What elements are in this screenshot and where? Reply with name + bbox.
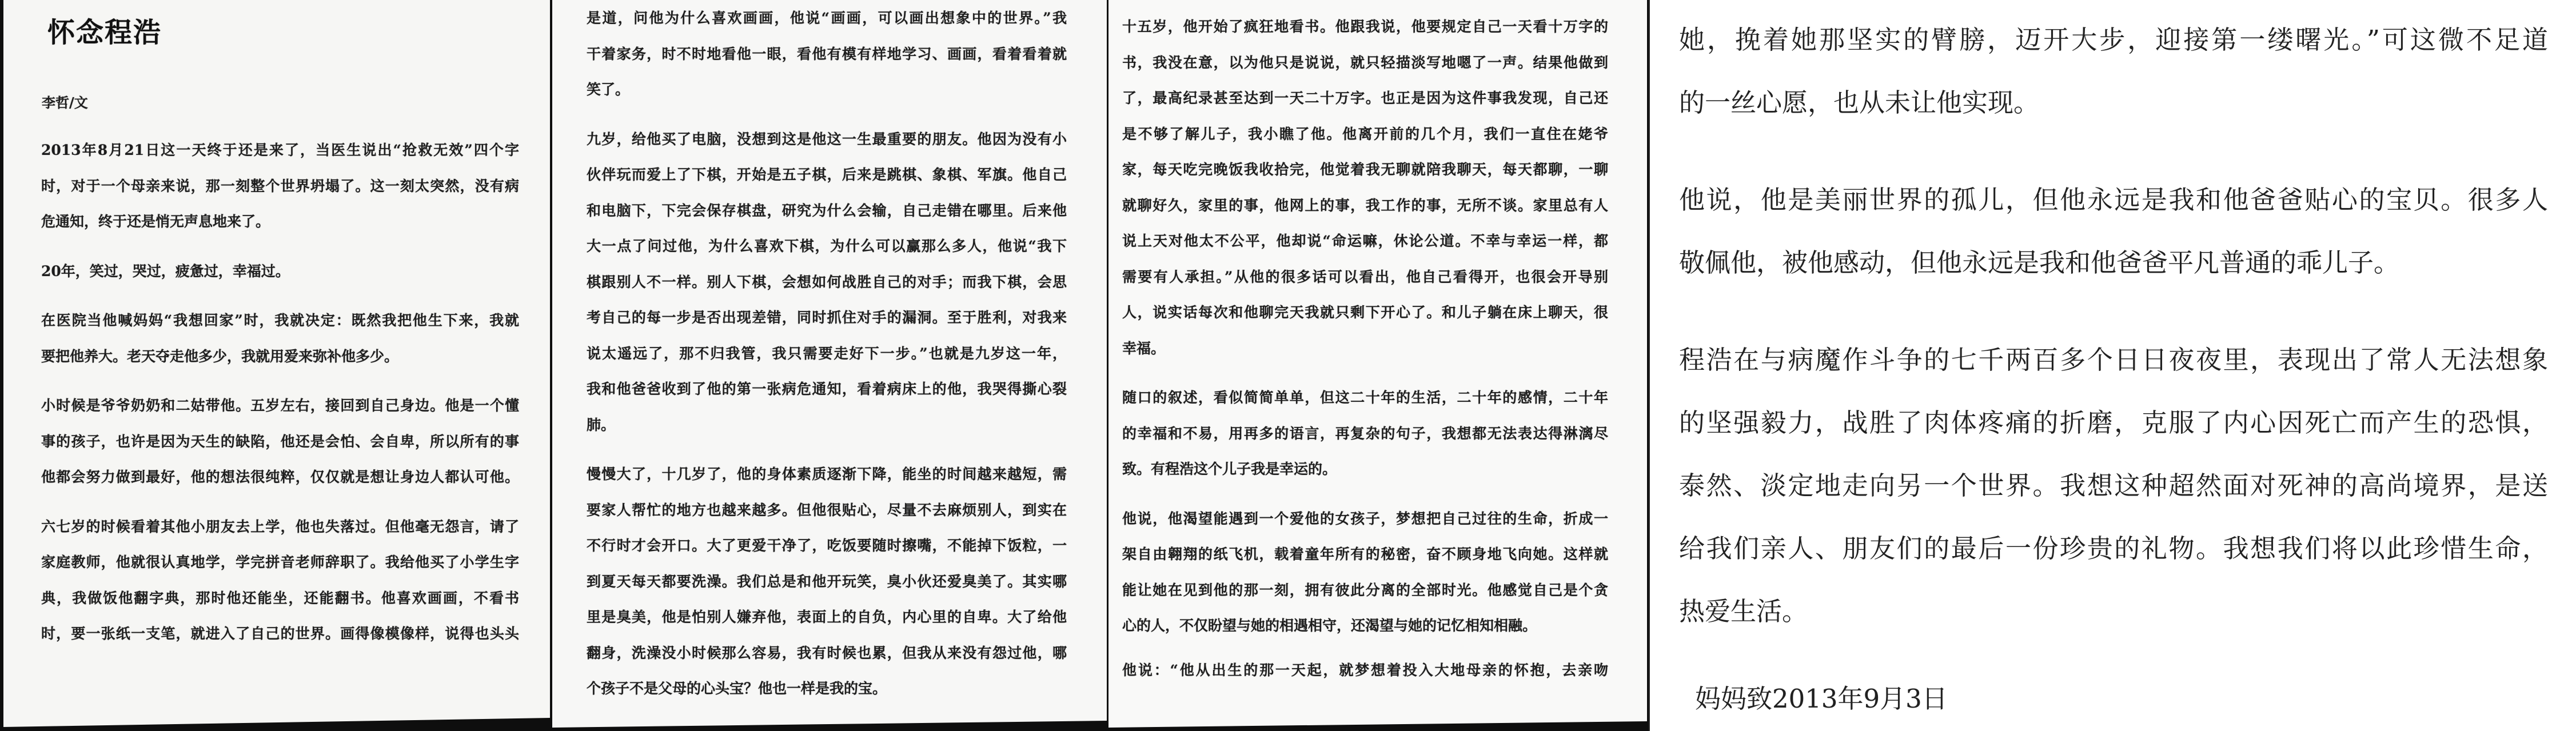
paragraph: 他说：“他从出生的那一天起，就梦想着投入大地母亲的怀抱，去亲吻 bbox=[1122, 653, 1608, 689]
paragraph: 六七岁的时候看着其他小朋友去上学，他也失落过。但他毫无怨言，请了 家庭教师，他就… bbox=[41, 509, 519, 652]
paragraph: 他说，他是美丽世界的孤儿，但他永远是我和他爸爸贴心的宝贝。很多人 敬佩他，被他感… bbox=[1679, 169, 2548, 294]
text-line: 是不够了解儿子，我小瞧了他。他离开前的几个月，我们一直住在姥爷 bbox=[1122, 117, 1608, 153]
text-line: 幸福。 bbox=[1122, 331, 1608, 367]
paragraph: 2013年8月21日这一天终于还是来了，当医生说出“抢救无效”四个字 时，对于一… bbox=[41, 133, 519, 240]
text-line: 是道，问他为什么喜欢画画，他说“画画，可以画出想象中的世界。”我 bbox=[587, 1, 1067, 37]
text-line: 伙伴玩而爱上了下棋，开始是五子棋，后来是跳棋、象棋、军旗。他自己 bbox=[587, 157, 1067, 193]
text-line: 泰然、淡定地走向另一个世界。我想这种超然面对死神的高尚境界，是送 bbox=[1679, 454, 2548, 517]
text-line: 就聊好久，家里的事，他网上的事，我工作的事，无所不谈。家里总有人 bbox=[1122, 188, 1608, 224]
text-line: 九岁，给他买了电脑，没想到这是他这一生最重要的朋友。他因为没有小 bbox=[587, 122, 1067, 158]
page-2: 是道，问他为什么喜欢画画，他说“画画，可以画出想象中的世界。”我 干着家务，时不… bbox=[552, 0, 1107, 728]
text-line: 说上天对他太不公平，他却说“命运嘛，休论公道。不幸与幸运一样，都 bbox=[1122, 223, 1608, 259]
text-line: 时，要一张纸一支笔，就进入了自己的世界。画得像模像样，说得也头头 bbox=[41, 616, 519, 652]
byline: 李哲/文 bbox=[42, 94, 88, 111]
text-line: 慢慢大了，十几岁了，他的身体素质逐渐下降，能坐的时间越来越短，需 bbox=[587, 457, 1067, 493]
paragraph: 是道，问他为什么喜欢画画，他说“画画，可以画出想象中的世界。”我 干着家务，时不… bbox=[587, 1, 1067, 108]
text-line: 时，对于一个母亲来说，那一刻整个世界坍塌了。这一刻太突然，没有病 bbox=[41, 169, 519, 205]
text-line: 需要有人承担。”从他的很多话可以看出，他自己看得开，也很会开导别 bbox=[1122, 259, 1608, 295]
text-line: 肺。 bbox=[587, 408, 1067, 444]
text-line: 典，我做饭他翻字典，那时他还能坐，还能翻书。他喜欢画画，不看书 bbox=[41, 581, 519, 617]
text-line: 个孩子不是父母的心头宝？他也一样是我的宝。 bbox=[587, 671, 1067, 707]
text-line: 我和他爸爸收到了他的第一张病危通知，看着病床上的他，我哭得撕心裂 bbox=[587, 372, 1067, 408]
text-line: 考自己的每一步是否出现差错，同时抓住对手的漏洞。至于胜利，对我来 bbox=[587, 300, 1067, 336]
text-line: 里是臭美，他是怕别人嫌弃他，表面上的自负，内心里的自卑。大了给他 bbox=[587, 600, 1067, 636]
page-4: 她，挽着她那坚实的臂膀，迈开大步，迎接第一缕曙光。”可这微不足道 的一丝心愿，也… bbox=[1649, 0, 2576, 731]
paragraph: 他说，他渴望能遇到一个爱他的女孩子，梦想把自己过往的生命，折成一 架自由翱翔的纸… bbox=[1122, 501, 1608, 644]
text-line: 笑了。 bbox=[587, 72, 1067, 108]
text-line: 家，每天吃完晚饭我收拾完，他觉着我无聊就陪我聊天，每天都聊，一聊 bbox=[1122, 152, 1608, 188]
page-1: 怀念程浩 李哲/文 2013年8月21日这一天终于还是来了，当医生说出“抢救无效… bbox=[3, 0, 550, 728]
paragraph: 在医院当他喊妈妈“我想回家”时，我就决定：既然我把他生下来，我就 要把他养大。老… bbox=[41, 303, 519, 374]
text-line: 六七岁的时候看着其他小朋友去上学，他也失落过。但他毫无怨言，请了 bbox=[41, 509, 519, 545]
text-line: 到夏天每天都要洗澡。我们总是和他开玩笑，臭小伙还爱臭美了。其实哪 bbox=[587, 564, 1067, 600]
text-line: 干着家务，时不时地看他一眼，看他有模有样地学习、画画，看着看着就 bbox=[587, 37, 1067, 73]
paragraph: 十五岁，他开始了疯狂地看书。他跟我说，他要规定自己一天看十万字的 书，我没在意，… bbox=[1122, 9, 1608, 366]
text-line: 他说：“他从出生的那一天起，就梦想着投入大地母亲的怀抱，去亲吻 bbox=[1122, 653, 1608, 689]
text-line: 致。有程浩这个儿子我是幸运的。 bbox=[1122, 452, 1608, 488]
text-line: 说太遥远了，那不归我管，我只需要走好下一步。”也就是九岁这一年， bbox=[587, 336, 1067, 372]
text-line: 给我们亲人、朋友们的最后一份珍贵的礼物。我想我们将以此珍惜生命， bbox=[1679, 517, 2548, 580]
text-line: 书，我没在意，以为他只是说说，就只轻描淡写地嗯了一声。结果他做到 bbox=[1122, 45, 1608, 81]
paragraph: 九岁，给他买了电脑，没想到这是他这一生最重要的朋友。他因为没有小 伙伴玩而爱上了… bbox=[587, 122, 1067, 444]
text-line: 了，最高纪录甚至达到一天二十万字。也正是因为这件事我发现，自己还 bbox=[1122, 81, 1608, 117]
text-line: 2013年8月21日这一天终于还是来了，当医生说出“抢救无效”四个字 bbox=[41, 133, 519, 169]
text-line: 小时候是爷爷奶奶和二姑带他。五岁左右，接回到自己身边。他是一个懂 bbox=[41, 388, 519, 424]
text-line: 随口的叙述，看似简简单单，但这二十年的生活，二十年的感情，二十年 bbox=[1122, 380, 1608, 416]
text-line: 危通知，终于还是悄无声息地来了。 bbox=[41, 204, 519, 240]
paragraph: 小时候是爷爷奶奶和二姑带他。五岁左右，接回到自己身边。他是一个懂 事的孩子，也许… bbox=[41, 388, 519, 496]
text-line: 不行时才会开口。大了更爱干净了，吃饭要随时擦嘴，不能掉下饭粒，一 bbox=[587, 528, 1067, 564]
paragraph: 慢慢大了，十几岁了，他的身体素质逐渐下降，能坐的时间越来越短，需 要家人帮忙的地… bbox=[587, 457, 1067, 707]
page-4-body: 她，挽着她那坚实的臂膀，迈开大步，迎接第一缕曙光。”可这微不足道 的一丝心愿，也… bbox=[1679, 9, 2548, 730]
text-line: 热爱生活。 bbox=[1679, 580, 2548, 643]
paragraph: 程浩在与病魔作斗争的七千两百多个日日夜夜里，表现出了常人无法想象 的坚强毅力，战… bbox=[1679, 329, 2548, 643]
text-line: 的幸福和不易，用再多的语言，再复杂的句子，我想都无法表达得淋漓尽 bbox=[1122, 416, 1608, 452]
paragraph: 随口的叙述，看似简简单单，但这二十年的生活，二十年的感情，二十年 的幸福和不易，… bbox=[1122, 380, 1608, 488]
paragraph: 20年，笑过，哭过，疲惫过，幸福过。 bbox=[41, 254, 519, 290]
text-line: 她，挽着她那坚实的臂膀，迈开大步，迎接第一缕曙光。”可这微不足道 bbox=[1679, 9, 2548, 71]
text-line: 架自由翱翔的纸飞机，载着童年所有的秘密，奋不顾身地飞向她。这样就 bbox=[1122, 537, 1608, 573]
text-line: 要把他养大。老天夺走他多少，我就用爱来弥补他多少。 bbox=[41, 339, 519, 375]
text-line: 能让她在见到他的那一刻，拥有彼此分离的全部时光。他感觉自己是个贪 bbox=[1122, 573, 1608, 609]
text-line: 棋跟别人不一样。别人下棋，会想如何战胜自己的对手；而我下棋，会思 bbox=[587, 265, 1067, 301]
text-line: 的坚强毅力，战胜了肉体疼痛的折磨，克服了内心因死亡而产生的恐惧， bbox=[1679, 392, 2548, 454]
text-line: 他都会努力做到最好，他的想法很纯粹，仅仅就是想让身边人都认可他。 bbox=[41, 460, 519, 496]
page-3: 十五岁，他开始了疯狂地看书。他跟我说，他要规定自己一天看十万字的 书，我没在意，… bbox=[1108, 0, 1647, 728]
text-line: 他说，他是美丽世界的孤儿，但他永远是我和他爸爸贴心的宝贝。很多人 bbox=[1679, 169, 2548, 231]
text-line: 心的人，不仅盼望与她的相遇相守，还渴望与她的记忆相知相融。 bbox=[1122, 608, 1608, 644]
article-title: 怀念程浩 bbox=[47, 17, 162, 48]
paragraph: 她，挽着她那坚实的臂膀，迈开大步，迎接第一缕曙光。”可这微不足道 的一丝心愿，也… bbox=[1679, 9, 2548, 134]
text-line: 他说，他渴望能遇到一个爱他的女孩子，梦想把自己过往的生命，折成一 bbox=[1122, 501, 1608, 537]
text-line: 人，说实话每次和他聊完天我就只剩下开心了。和儿子躺在床上聊天，很 bbox=[1122, 295, 1608, 331]
text-line: 翻身，洗澡没小时候那么容易，我有时候也累，但我从来没有怨过他，哪 bbox=[587, 636, 1067, 672]
text-line: 和电脑下，下完会保存棋盘，研究为什么会输，自己走错在哪里。后来他 bbox=[587, 193, 1067, 229]
text-line: 家庭教师，他就很认真地学，学完拼音老师辞职了。我给他买了小学生字 bbox=[41, 545, 519, 581]
text-line: 程浩在与病魔作斗争的七千两百多个日日夜夜里，表现出了常人无法想象 bbox=[1679, 329, 2548, 392]
page-3-body: 十五岁，他开始了疯狂地看书。他跟我说，他要规定自己一天看十万字的 书，我没在意，… bbox=[1122, 9, 1608, 688]
page-2-body: 是道，问他为什么喜欢画画，他说“画画，可以画出想象中的世界。”我 干着家务，时不… bbox=[587, 1, 1067, 707]
text-line: 的一丝心愿，也从未让他实现。 bbox=[1679, 71, 2548, 134]
page-1-body: 2013年8月21日这一天终于还是来了，当医生说出“抢救无效”四个字 时，对于一… bbox=[41, 133, 519, 652]
text-line: 十五岁，他开始了疯狂地看书。他跟我说，他要规定自己一天看十万字的 bbox=[1122, 9, 1608, 45]
text-line: 要家人帮忙的地方也越来越多。但他很贴心，尽量不去麻烦别人，到实在 bbox=[587, 493, 1067, 529]
text-line: 20年，笑过，哭过，疲惫过，幸福过。 bbox=[41, 254, 519, 290]
signature: 妈妈致2013年9月3日 bbox=[1679, 668, 2548, 730]
text-line: 在医院当他喊妈妈“我想回家”时，我就决定：既然我把他生下来，我就 bbox=[41, 303, 519, 339]
text-line: 敬佩他，被他感动，但他永远是我和他爸爸平凡普通的乖儿子。 bbox=[1679, 231, 2548, 294]
text-line: 大一点了问过他，为什么喜欢下棋，为什么可以赢那么多人，他说“我下 bbox=[587, 229, 1067, 265]
text-line: 事的孩子，也许是因为天生的缺陷，他还是会怕、会自卑，所以所有的事 bbox=[41, 424, 519, 460]
